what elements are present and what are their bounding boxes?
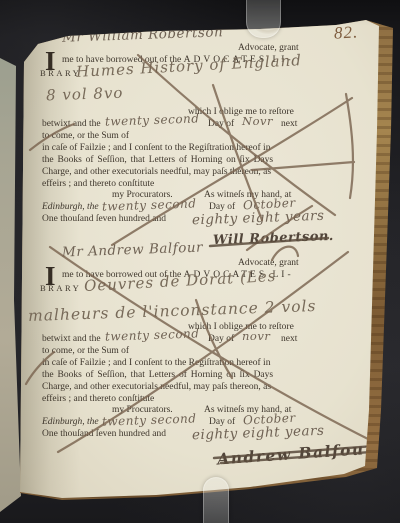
printed-sum-line: to come, or the Sum of <box>42 346 129 357</box>
printed-failzie-3: Charge, and other executorials needful, … <box>42 167 271 178</box>
handwritten-date-day: twenty second <box>102 411 197 428</box>
handwritten-signature: Andrew Balfour <box>217 439 375 469</box>
printed-day-of: Day of <box>208 119 234 130</box>
handwritten-date-year: eighty eight years <box>192 208 325 229</box>
borrow-entry-1: I Mr William Robertson Advocate, grant m… <box>0 30 400 258</box>
printed-edinburgh: Edinburgh, the <box>42 202 99 213</box>
handwritten-return-month: Novr <box>242 114 273 128</box>
printed-oblige-line: which I oblige me to reſtore <box>188 322 294 333</box>
printed-brary: BRARY <box>40 283 81 294</box>
handwritten-book-title-2: 8 vol 8vo <box>46 84 124 105</box>
printed-failzie-2: the Books of Seſſion, that Letters of Ho… <box>42 155 273 166</box>
handwritten-date-year: eighty eight years <box>192 423 325 444</box>
printed-failzie-1: in caſe of Failzie ; and I conſent to th… <box>42 358 270 369</box>
printed-betwixt: betwixt and the <box>42 334 101 345</box>
printed-failzie-3: Charge, and other executorials needful, … <box>42 382 271 393</box>
borrow-entry-2: I Mr Andrew Balfour Advocate, grant me t… <box>0 245 400 473</box>
printed-failzie-2: the Books of Seſſion, that Letters of Ho… <box>42 370 273 381</box>
handwritten-return-day: twenty second <box>105 326 200 343</box>
printed-edinburgh: Edinburgh, the <box>42 417 99 428</box>
printed-oblige-line: which I oblige me to reſtore <box>188 107 294 118</box>
handwritten-return-month: novr <box>242 329 270 343</box>
page-strap-top <box>246 0 281 38</box>
register-page: 82. I Mr William Robertson Advocate, gra… <box>0 0 400 523</box>
handwritten-book-title-2: malheurs de l'inconstance 2 vols <box>28 297 317 325</box>
printed-failzie-4: effeirs ; and thereto conſtitute <box>42 179 154 190</box>
printed-next: next <box>281 119 297 130</box>
printed-thousand-line: One thouſand ſeven hundred and <box>42 429 166 440</box>
printed-thousand-line: One thouſand ſeven hundred and <box>42 214 166 225</box>
register-photo: 82. I Mr William Robertson Advocate, gra… <box>0 0 400 523</box>
printed-failzie-1: in caſe of Failzie ; and I conſent to th… <box>42 143 270 154</box>
printed-sum-line: to come, or the Sum of <box>42 131 129 142</box>
handwritten-date-day: twenty second <box>102 196 197 213</box>
printed-day-of: Day of <box>208 334 234 345</box>
handwritten-return-day: twenty second <box>105 111 200 128</box>
printed-next: next <box>281 334 297 345</box>
printed-failzie-4: effeirs ; and thereto conſtitute <box>42 394 154 405</box>
page-strap-bottom <box>203 477 229 523</box>
printed-betwixt: betwixt and the <box>42 119 101 130</box>
